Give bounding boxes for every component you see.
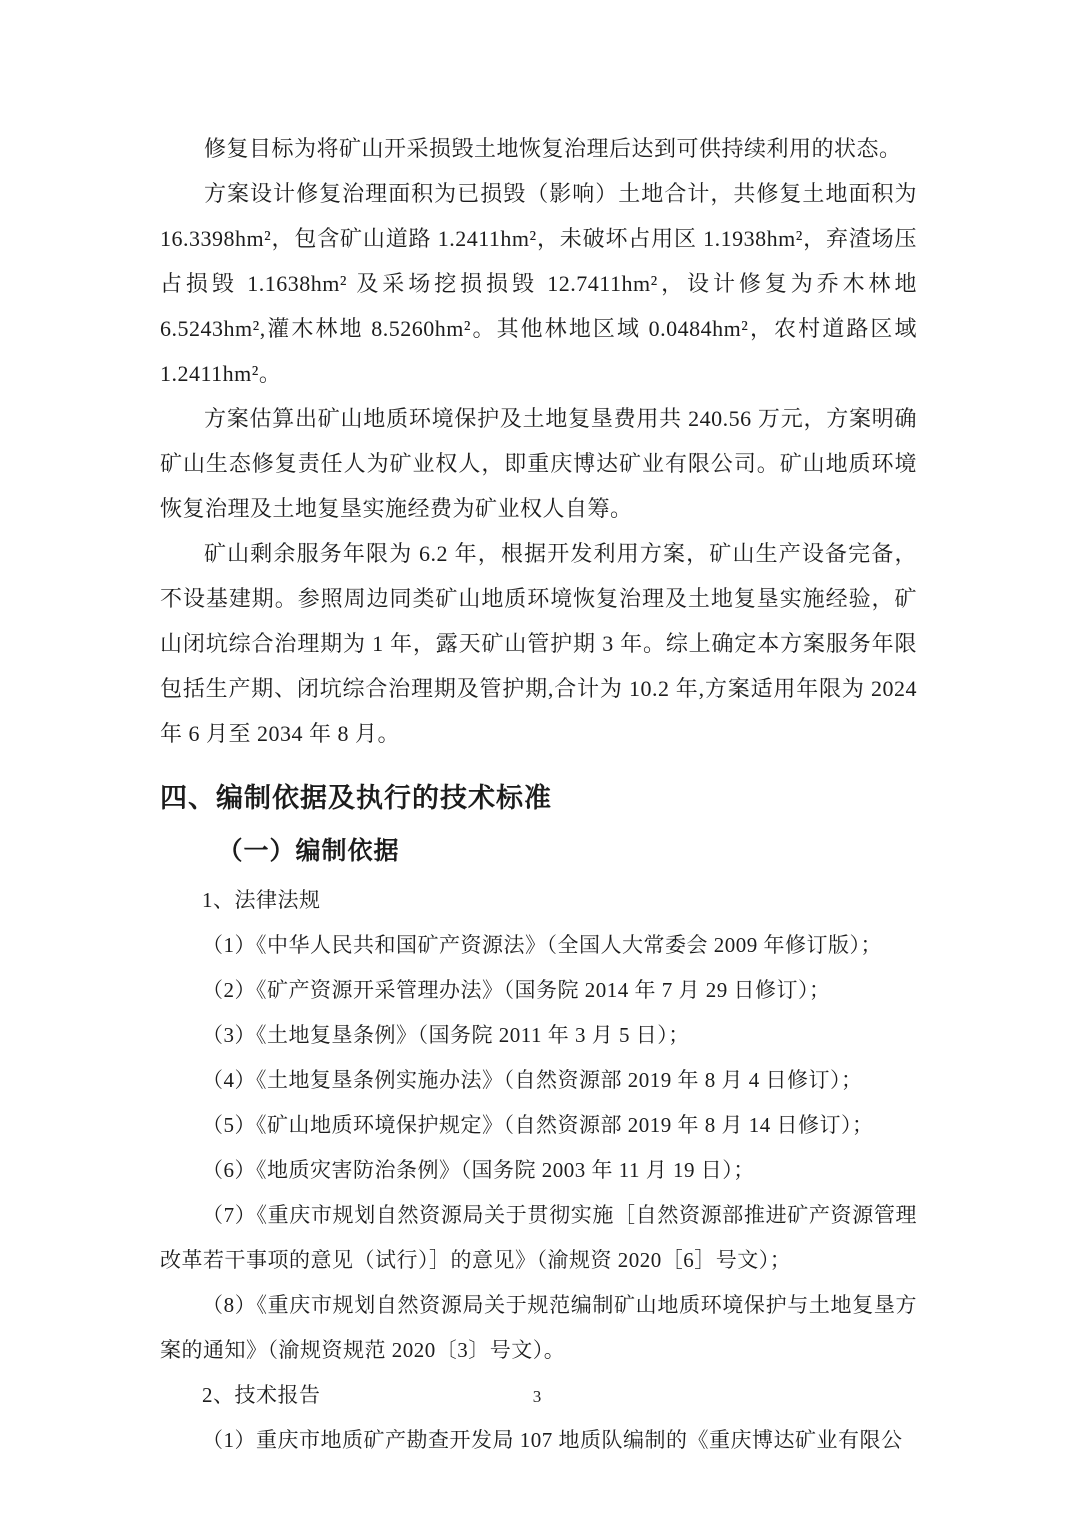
- legal-item-2: （2）《矿产资源开采管理办法》（国务院 2014 年 7 月 29 日修订）；: [160, 968, 917, 1013]
- paragraph-restoration-goal: 修复目标为将矿山开采损毁土地恢复治理后达到可供持续利用的状态。: [160, 126, 917, 171]
- document-content: 修复目标为将矿山开采损毁土地恢复治理后达到可供持续利用的状态。 方案设计修复治理…: [160, 126, 917, 1463]
- page-number: 3: [0, 1382, 1074, 1412]
- paragraph-cost-estimate: 方案估算出矿山地质环境保护及土地复垦费用共 240.56 万元，方案明确矿山生态…: [160, 396, 917, 531]
- legal-item-3: （3）《土地复垦条例》（国务院 2011 年 3 月 5 日）；: [160, 1013, 917, 1058]
- paragraph-service-life: 矿山剩余服务年限为 6.2 年，根据开发利用方案，矿山生产设备完备，不设基建期。…: [160, 531, 917, 756]
- legal-item-1: （1）《中华人民共和国矿产资源法》（全国人大常委会 2009 年修订版）；: [160, 923, 917, 968]
- document-page: 修复目标为将矿山开采损毁土地恢复治理后达到可供持续利用的状态。 方案设计修复治理…: [0, 0, 1074, 1520]
- legal-item-8: （8）《重庆市规划自然资源局关于规范编制矿山地质环境保护与土地复垦方案的通知》（…: [160, 1283, 917, 1373]
- paragraph-restoration-area: 方案设计修复治理面积为已损毁（影响）土地合计，共修复土地面积为 16.3398h…: [160, 171, 917, 396]
- legal-item-5: （5）《矿山地质环境保护规定》（自然资源部 2019 年 8 月 14 日修订）…: [160, 1103, 917, 1148]
- legal-item-7: （7）《重庆市规划自然资源局关于贯彻实施［自然资源部推进矿产资源管理改革若干事项…: [160, 1193, 917, 1283]
- legal-item-4: （4）《土地复垦条例实施办法》（自然资源部 2019 年 8 月 4 日修订）；: [160, 1058, 917, 1103]
- subsection-heading-1: （一）编制依据: [160, 826, 917, 878]
- section-heading-4: 四、编制依据及执行的技术标准: [160, 772, 917, 824]
- list-heading-laws: 1、法律法规: [160, 878, 917, 923]
- legal-item-6: （6）《地质灾害防治条例》（国务院 2003 年 11 月 19 日）；: [160, 1148, 917, 1193]
- technical-item-1: （1）重庆市地质矿产勘查开发局 107 地质队编制的《重庆博达矿业有限公: [160, 1418, 917, 1463]
